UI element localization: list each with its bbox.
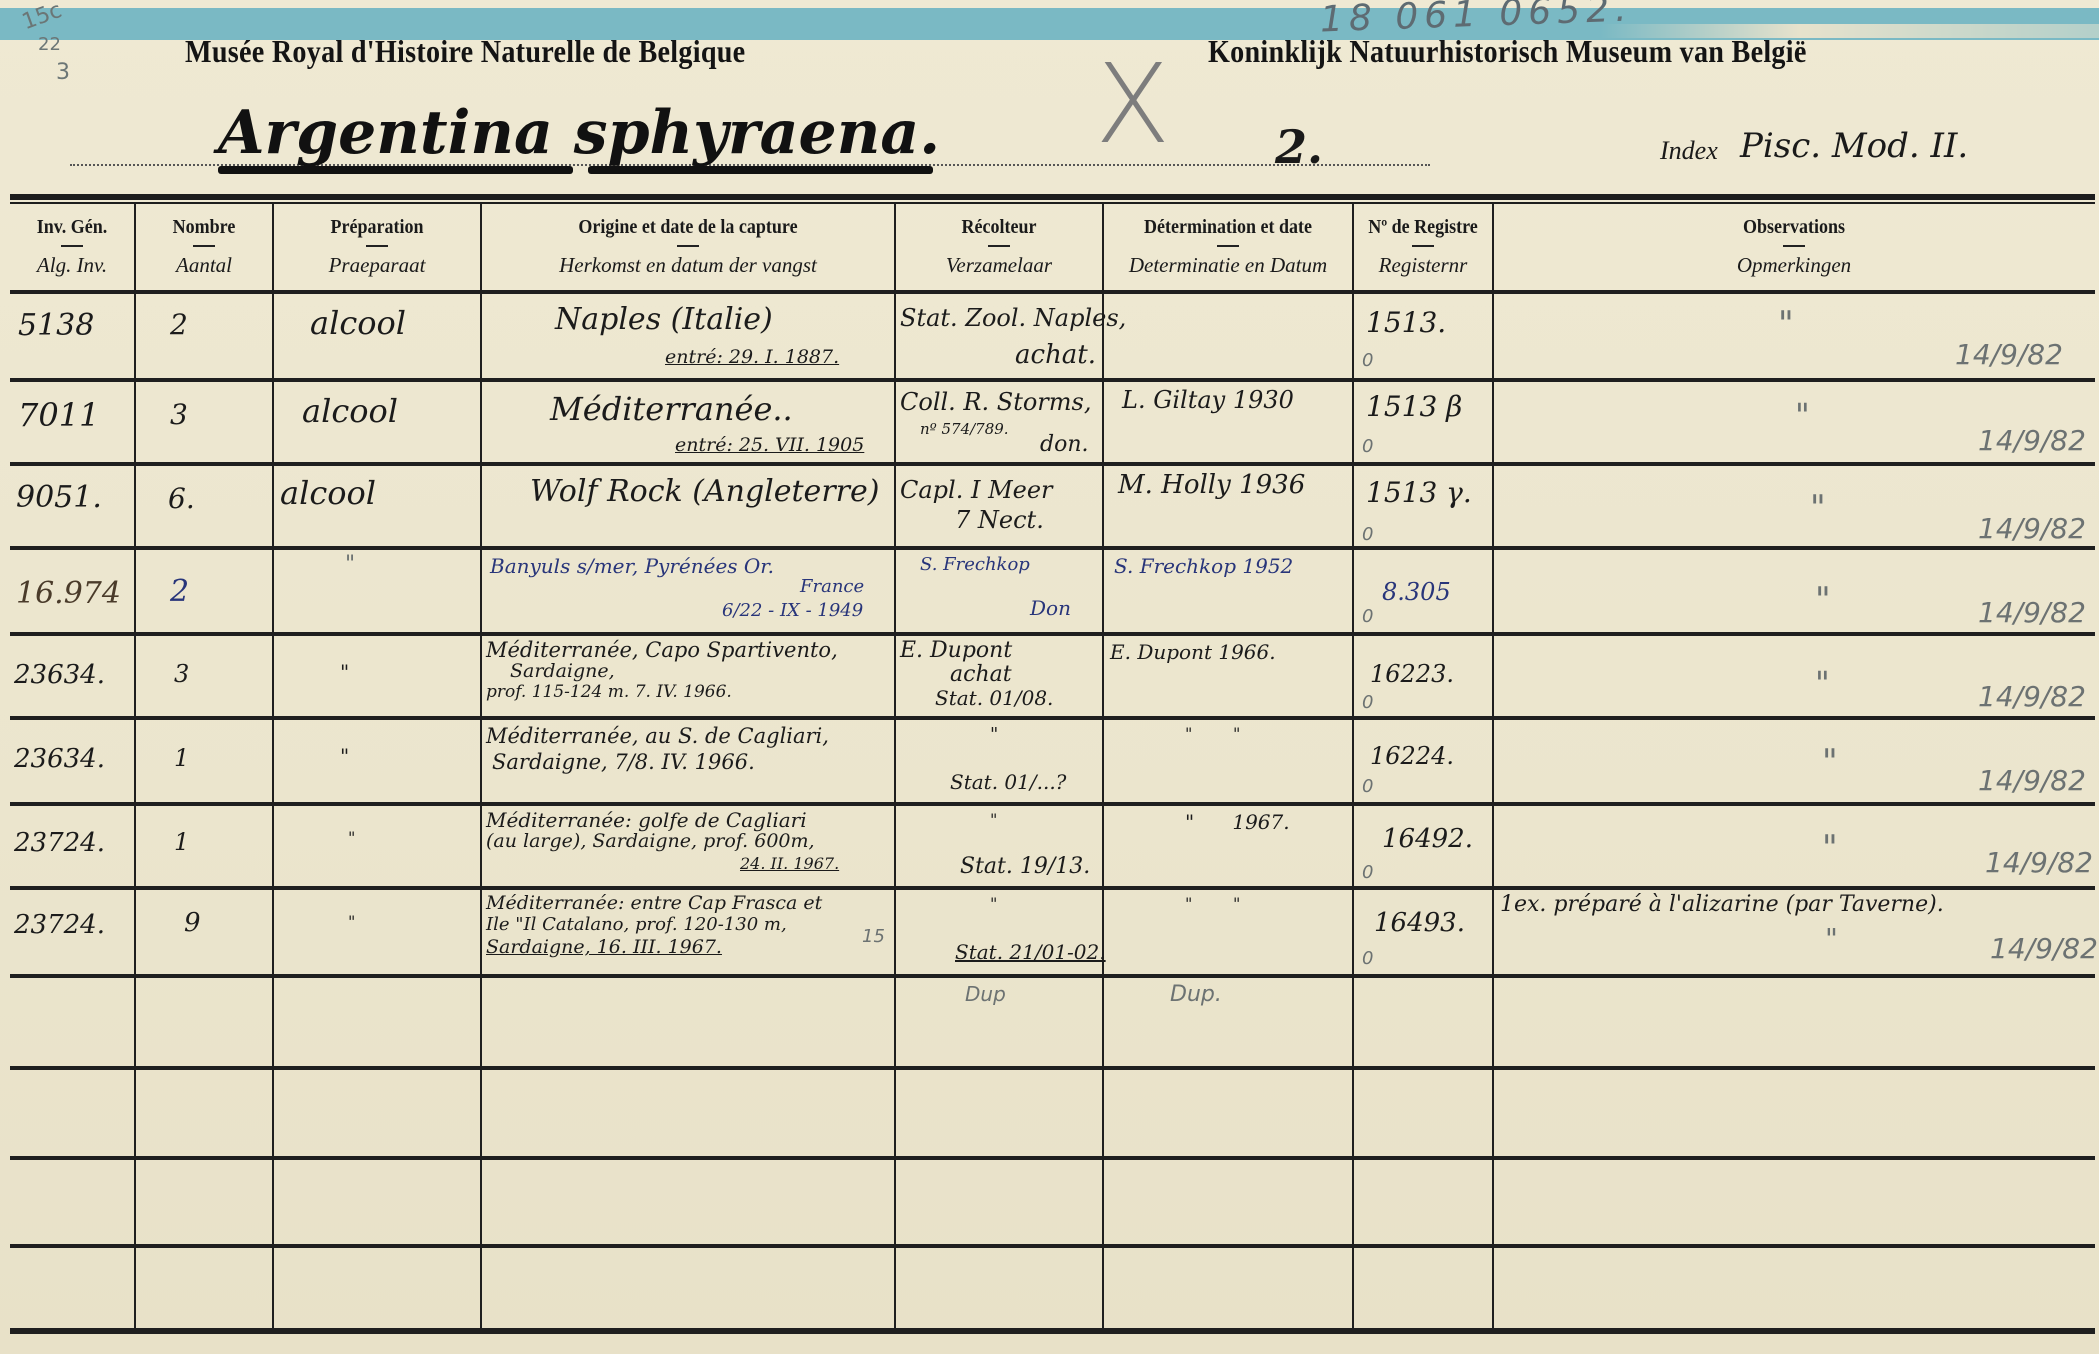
col-label-nl: Herkomst en datum der vangst (482, 253, 894, 278)
col-dash (988, 245, 1010, 247)
origin-line: 24. II. 1967. (740, 854, 839, 873)
register-number: 16223. (1370, 660, 1454, 688)
inv-number: 23634. (14, 660, 105, 690)
col-label-fr: Détermination et date (1116, 216, 1339, 239)
col-dash (1217, 245, 1239, 247)
collector-line: Stat. 21/01-02. (955, 940, 1106, 964)
observation-date: 14/9/82 (1978, 764, 2086, 797)
inv-number: 23724. (14, 910, 105, 940)
pencil-dup-determination: Dup. (1170, 982, 1222, 1007)
collector-ditto: " (990, 810, 997, 829)
origin-line: France (800, 576, 864, 597)
register-number: 8.305 (1382, 578, 1451, 606)
preparation: alcool (302, 392, 398, 430)
row-divider (10, 1244, 2095, 1248)
inv-number: 7011 (18, 396, 99, 434)
origin-line: Méditerranée: entre Cap Frasca et (486, 892, 822, 914)
origin-line: Naples (Italie) (555, 302, 773, 337)
col-dash (1412, 245, 1434, 247)
specimen-count: 3 (174, 660, 189, 688)
preparation-ditto: " (348, 828, 355, 847)
origin-line: Sardaigne, (510, 660, 615, 682)
origin-line: Ile "Il Catalano, prof. 120-130 m, (486, 914, 787, 935)
col-header-observations: ObservationsOpmerkingen (1494, 204, 2094, 290)
sex-mark: 2. (1275, 120, 1323, 174)
col-header-inv: Inv. Gén.Alg. Inv. (10, 204, 134, 290)
col-label-fr: Nombre (143, 216, 265, 239)
col-label-fr: Origine et date de la capture (503, 216, 874, 239)
preparation: alcool (280, 474, 376, 512)
origin-line: 6/22 - IX - 1949 (722, 600, 863, 621)
collector-line: Capl. I Meer (900, 476, 1053, 504)
table-row: 23724. 1 " Méditerranée: golfe de Caglia… (10, 806, 2095, 886)
collector-line: nº 574/789. (920, 420, 1009, 438)
col-dash (193, 245, 215, 247)
inv-number: 9051. (16, 480, 102, 515)
observation-ditto: " (1825, 922, 1838, 955)
register-number: 1513. (1366, 306, 1446, 339)
collector-line: Don (1030, 596, 1071, 620)
register-number: 16493. (1374, 908, 1465, 938)
collector-line: Stat. 01/...? (950, 770, 1066, 794)
cross-mark: X (1095, 40, 1170, 168)
determination: L. Giltay 1930 (1122, 386, 1294, 414)
species-underline-1 (218, 166, 573, 174)
table-row: 16.974 2 " Banyuls s/mer, Pyrénées Or. F… (10, 550, 2095, 632)
specimen-count: 2 (170, 308, 188, 341)
col-header-origin: Origine et date de la captureHerkomst en… (482, 204, 894, 290)
corner-note-3: 3 (56, 60, 70, 85)
observation-ditto: " (1795, 396, 1810, 434)
col-label-nl: Determinatie en Datum (1104, 253, 1352, 278)
col-label-nl: Alg. Inv. (10, 253, 134, 278)
determination: M. Holly 1936 (1118, 470, 1305, 500)
col-label-nl: Praeparaat (274, 253, 480, 278)
observation-ditto: " (1822, 828, 1838, 868)
table-row: 23634. 3 " Méditerranée, Capo Spartivent… (10, 636, 2095, 716)
register-number: 1513 β (1366, 390, 1462, 423)
specimen-count: 1 (174, 828, 189, 856)
col-header-prep: PréparationPraeparaat (274, 204, 480, 290)
table-row: 23724. 9 " Méditerranée: entre Cap Frasc… (10, 890, 2095, 974)
determination: S. Frechkop 1952 (1114, 554, 1293, 578)
origin-line: entré: 25. VII. 1905 (675, 434, 864, 456)
origin-line: Méditerranée: golfe de Cagliari (486, 808, 807, 832)
row-divider (10, 1066, 2095, 1070)
table-bottom-rule (10, 1328, 2095, 1334)
observation-date: 14/9/82 (1978, 680, 2086, 713)
collector-line: Stat. 01/08. (935, 686, 1053, 710)
origin-line: Sardaigne, 16. III. 1967. (486, 936, 722, 958)
col-label-nl: Aantal (136, 253, 272, 278)
institution-title-fr: Musée Royal d'Histoire Naturelle de Belg… (185, 33, 745, 70)
collector-line: don. (1040, 432, 1089, 457)
table-row: 7011 3 alcool Méditerranée.. entré: 25. … (10, 382, 2095, 462)
register-check-mark: 0 (1362, 948, 1373, 969)
observation-ditto: " (1815, 664, 1830, 702)
table-header: Inv. Gén.Alg. Inv. NombreAantal Préparat… (10, 204, 2095, 290)
specimen-count: 1 (174, 744, 189, 772)
col-dash (1783, 245, 1805, 247)
inv-number: 5138 (18, 308, 94, 343)
table-row: 23634. 1 " Méditerranée, au S. de Caglia… (10, 720, 2095, 802)
observation-date: 14/9/82 (1955, 338, 2063, 371)
collector-line: achat. (1015, 340, 1096, 370)
institution-title-nl: Koninklijk Natuurhistorisch Museum van B… (1208, 33, 1807, 70)
corner-note-2: 22 (38, 34, 61, 55)
collector-line: Coll. R. Storms, (900, 388, 1091, 416)
inv-number: 23634. (14, 744, 105, 774)
col-label-nl: Opmerkingen (1494, 253, 2094, 278)
col-label-nl: Verzamelaar (896, 253, 1102, 278)
determination: " 1967. (1185, 810, 1290, 834)
species-name: Argentina sphyraena. (218, 98, 940, 168)
collector-line: Stat. 19/13. (960, 854, 1090, 879)
observation-date: 14/9/82 (1985, 846, 2093, 879)
register-number: 16492. (1382, 824, 1473, 854)
collector-ditto: " (990, 894, 997, 913)
observation-date: 14/9/82 (1978, 512, 2086, 545)
origin-line: Méditerranée.. (550, 390, 793, 428)
observation-date: 14/9/82 (1978, 596, 2086, 629)
collector-line: achat (950, 662, 1012, 687)
register-number: 16224. (1370, 742, 1454, 770)
row-divider (10, 1156, 2095, 1160)
index-value: Pisc. Mod. II. (1740, 126, 1968, 166)
col-header-count: NombreAantal (136, 204, 272, 290)
col-label-nl: Registernr (1354, 253, 1492, 278)
origin-line: Sardaigne, 7/8. IV. 1966. (492, 750, 755, 774)
species-underline-2 (588, 166, 933, 174)
origin-line: prof. 115-124 m. 7. IV. 1966. (486, 682, 732, 702)
col-label-fr: Observations (1524, 216, 2064, 239)
observation-date: 14/9/82 (1978, 424, 2086, 457)
table-row: 5138 2 alcool Naples (Italie) entré: 29.… (10, 294, 2095, 378)
col-label-fr: Inv. Gén. (16, 216, 128, 239)
observation-ditto: " (1815, 580, 1831, 620)
col-header-register: Nº de RegistreRegisternr (1354, 204, 1492, 290)
margin-pencil-note: 15 (862, 926, 885, 947)
preparation-ditto: " (348, 912, 355, 931)
origin-line: entré: 29. I. 1887. (665, 346, 839, 368)
col-dash (677, 245, 699, 247)
observation-ditto: " (1810, 488, 1826, 528)
col-label-fr: Nº de Registre (1361, 216, 1485, 239)
origin-line: Méditerranée, Capo Spartivento, (486, 638, 838, 662)
register-number: 1513 γ. (1366, 476, 1472, 509)
pencil-dup-collector: Dup (965, 982, 1006, 1006)
specimen-register-card: 15c 22 3 18 061 0652. Musée Royal d'Hist… (0, 0, 2099, 1354)
collector-line: S. Frechkop (920, 554, 1030, 575)
specimen-count: 2 (170, 574, 189, 609)
register-check-mark: 0 (1362, 524, 1373, 545)
observation-ditto: " (1822, 742, 1838, 782)
register-check-mark: 0 (1362, 862, 1373, 883)
register-check-mark: 0 (1362, 436, 1373, 457)
preparation-ditto: " (345, 552, 355, 577)
origin-line: Wolf Rock (Angleterre) (530, 474, 879, 509)
register-check-mark: 0 (1362, 350, 1373, 371)
determination-ditto: " " (1185, 724, 1240, 743)
collector-ditto: " (990, 724, 998, 745)
observation-text: 1ex. préparé à l'alizarine (par Taverne)… (1500, 892, 1944, 917)
specimen-count: 9 (184, 908, 201, 938)
table-row: 9051. 6. alcool Wolf Rock (Angleterre) C… (10, 466, 2095, 546)
register-check-mark: 0 (1362, 692, 1373, 713)
row-divider (10, 974, 2095, 978)
register-check-mark: 0 (1362, 606, 1373, 627)
specimen-count: 3 (170, 398, 188, 431)
collector-line: 7 Nect. (955, 506, 1044, 534)
preparation-ditto: " (340, 660, 349, 684)
col-header-determination: Détermination et dateDeterminatie en Dat… (1104, 204, 1352, 290)
observation-date: 14/9/82 (1990, 932, 2098, 965)
col-label-fr: Récolteur (906, 216, 1091, 239)
header-rule-thick (10, 194, 2095, 200)
preparation: alcool (310, 304, 406, 342)
observation-ditto: " (1778, 304, 1794, 344)
origin-line: (au large), Sardaigne, prof. 600m, (486, 830, 815, 852)
determination: E. Dupont 1966. (1110, 640, 1276, 664)
collector-line: E. Dupont (900, 638, 1012, 663)
index-label: Index (1660, 136, 1718, 166)
col-dash (366, 245, 388, 247)
origin-line: Banyuls s/mer, Pyrénées Or. (490, 554, 774, 578)
preparation-ditto: " (340, 744, 349, 768)
col-dash (61, 245, 83, 247)
origin-line: Méditerranée, au S. de Cagliari, (486, 724, 829, 748)
col-header-collector: RécolteurVerzamelaar (896, 204, 1102, 290)
inv-number: 16.974 (16, 576, 121, 611)
determination-ditto: " " (1185, 894, 1240, 913)
register-check-mark: 0 (1362, 776, 1373, 797)
collector-line: Stat. Zool. Naples, (900, 304, 1126, 332)
inv-number: 23724. (14, 828, 105, 858)
specimen-count: 6. (168, 482, 195, 515)
col-label-fr: Préparation (284, 216, 469, 239)
